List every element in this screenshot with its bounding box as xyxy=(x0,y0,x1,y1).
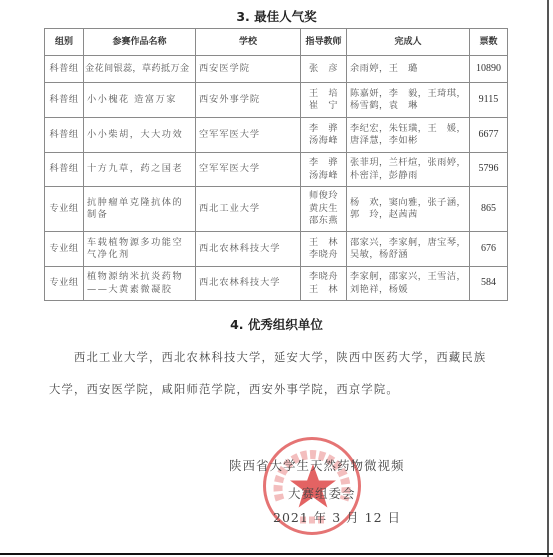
cell-work: 抗肿瘤单克隆抗体的制备 xyxy=(84,187,196,232)
header-votes: 票数 xyxy=(470,29,508,56)
header-advisor: 指导教师 xyxy=(301,29,347,56)
cell-group: 科普组 xyxy=(45,118,84,153)
table-row: 专业组 车载植物源多功能空气净化剂 西北农林科技大学 王 林李晓舟 邵家兴，李家… xyxy=(45,232,508,267)
cell-advisor: 李 骅汤海峰 xyxy=(301,118,347,153)
cell-work: 小小柴胡，大大功效 xyxy=(84,118,196,153)
cell-group: 科普组 xyxy=(45,83,84,118)
cell-school: 西安医学院 xyxy=(196,56,301,83)
cell-school: 西北工业大学 xyxy=(196,187,301,232)
popularity-award-table: 组别 参赛作品名称 学校 指导教师 完成人 票数 科普组 金花间银蕊，草药抵万金… xyxy=(44,28,508,301)
cell-members: 李家舸，邵家兴，王雪洁，刘艳祥，杨媛 xyxy=(347,267,470,301)
cell-votes: 584 xyxy=(470,267,508,301)
section-title-excellent-organizers: 4. 优秀组织单位 xyxy=(0,315,553,333)
cell-work: 十方九草，药之国老 xyxy=(84,153,196,187)
cell-advisor: 师俊玲黄庆生邵东燕 xyxy=(301,187,347,232)
page-edge-bottom xyxy=(0,553,553,555)
cell-work: 金花间银蕊，草药抵万金 xyxy=(84,56,196,83)
cell-members: 杨 欢，窦向雅，张子涵，郭 玲，赵茜茜 xyxy=(347,187,470,232)
table-row: 专业组 植物源纳米抗炎药物——大黄素微凝胶 西北农林科技大学 李晓舟王 林 李家… xyxy=(45,267,508,301)
cell-members: 张菲玥，兰杆煊，张雨婷，朴密洋，彭静雨 xyxy=(347,153,470,187)
organizers-paragraph-line-2: 大学，西安医学院，咸阳师范学院，西安外事学院，西京学院。 xyxy=(49,381,399,397)
header-members: 完成人 xyxy=(347,29,470,56)
cell-votes: 676 xyxy=(470,232,508,267)
table-row: 科普组 金花间银蕊，草药抵万金 西安医学院 张 彦 余雨婷，王 璐 10890 xyxy=(45,56,508,83)
cell-group: 专业组 xyxy=(45,232,84,267)
cell-school: 空军军医大学 xyxy=(196,118,301,153)
signature-date: 2021 年 3 月 12 日 xyxy=(273,508,401,526)
table-row: 科普组 小小槐花 造富万家 西安外事学院 王 培崔 宁 陈嘉妍，李 毅，王琦琪，… xyxy=(45,83,508,118)
cell-school: 西北农林科技大学 xyxy=(196,267,301,301)
cell-work: 植物源纳米抗炎药物——大黄素微凝胶 xyxy=(84,267,196,301)
table-row: 专业组 抗肿瘤单克隆抗体的制备 西北工业大学 师俊玲黄庆生邵东燕 杨 欢，窦向雅… xyxy=(45,187,508,232)
cell-advisor: 张 彦 xyxy=(301,56,347,83)
cell-school: 西安外事学院 xyxy=(196,83,301,118)
cell-group: 科普组 xyxy=(45,56,84,83)
cell-work: 小小槐花 造富万家 xyxy=(84,83,196,118)
cell-members: 李纪宏，朱钰璜，王 媛，唐泽慧，李如彬 xyxy=(347,118,470,153)
cell-members: 陈嘉妍，李 毅，王琦琪，杨雪鹤，袁 琳 xyxy=(347,83,470,118)
cell-school: 西北农林科技大学 xyxy=(196,232,301,267)
cell-votes: 9115 xyxy=(470,83,508,118)
table-header-row: 组别 参赛作品名称 学校 指导教师 完成人 票数 xyxy=(45,29,508,56)
page-edge-right xyxy=(547,0,549,557)
cell-school: 空军军医大学 xyxy=(196,153,301,187)
organizers-paragraph-line-1: 西北工业大学，西北农林科技大学，延安大学，陕西中医药大学，西藏民族 xyxy=(74,349,486,365)
cell-group: 专业组 xyxy=(45,187,84,232)
cell-work: 车载植物源多功能空气净化剂 xyxy=(84,232,196,267)
header-work: 参赛作品名称 xyxy=(84,29,196,56)
cell-members: 余雨婷，王 璐 xyxy=(347,56,470,83)
header-group: 组别 xyxy=(45,29,84,56)
table-row: 科普组 小小柴胡，大大功效 空军军医大学 李 骅汤海峰 李纪宏，朱钰璜，王 媛，… xyxy=(45,118,508,153)
cell-group: 科普组 xyxy=(45,153,84,187)
cell-members: 邵家兴，李家舸，唐宝琴，吴敏，杨舒涵 xyxy=(347,232,470,267)
cell-advisor: 王 林李晓舟 xyxy=(301,232,347,267)
signature-org-line-1: 陕西省大学生天然药物微视频 xyxy=(229,456,405,474)
cell-advisor: 李 骅汤海峰 xyxy=(301,153,347,187)
cell-advisor: 王 培崔 宁 xyxy=(301,83,347,118)
header-school: 学校 xyxy=(196,29,301,56)
cell-votes: 5796 xyxy=(470,153,508,187)
cell-votes: 6677 xyxy=(470,118,508,153)
table-row: 科普组 十方九草，药之国老 空军军医大学 李 骅汤海峰 张菲玥，兰杆煊，张雨婷，… xyxy=(45,153,508,187)
signature-org-line-2: 大赛组委会 xyxy=(288,484,356,502)
section-title-best-popularity: 3. 最佳人气奖 xyxy=(0,7,553,25)
cell-group: 专业组 xyxy=(45,267,84,301)
cell-advisor: 李晓舟王 林 xyxy=(301,267,347,301)
cell-votes: 865 xyxy=(470,187,508,232)
cell-votes: 10890 xyxy=(470,56,508,83)
